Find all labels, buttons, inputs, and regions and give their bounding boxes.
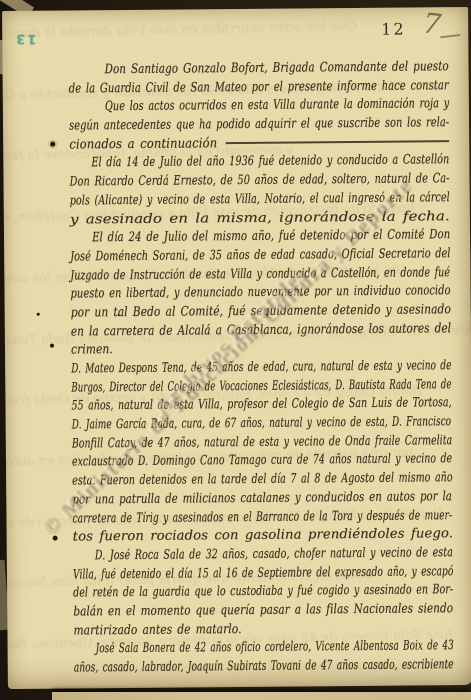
ink-speck [53, 536, 58, 541]
ink-speck [50, 344, 54, 348]
bleed-through-line: Que los actos ocurridos en esta Villa du… [2, 19, 357, 44]
manuscript-line: crimen. [71, 342, 113, 361]
ink-speck [50, 142, 55, 147]
ink-speck [118, 314, 120, 316]
manuscript-line: años, casado, labrador, Joaquín Subirats… [74, 657, 454, 679]
archive-stamp-number: 13 [14, 31, 36, 47]
manuscript-line: balán en el momento que quería pasar a l… [73, 601, 453, 623]
handwritten-rule [225, 140, 449, 144]
manuscript-page: Que los actos ocurridos en esta Villa du… [2, 7, 471, 689]
printed-page-number: 12 [381, 20, 406, 39]
ink-speck [37, 313, 40, 316]
next-page-edge [52, 692, 471, 700]
bleed-through-writing: Que los actos ocurridos en esta Villa du… [2, 7, 471, 11]
manuscript-line: martirizado antes de matarlo. [73, 622, 241, 642]
scanned-document-view: Que los actos ocurridos en esta Villa du… [0, 0, 471, 700]
pencil-folio-dash [440, 34, 460, 38]
manuscript-line: en la carretera de Alcalá a Casablanca, … [71, 321, 451, 343]
manuscript-text: Don Santiago Gonzalo Bofort, Brigada Com… [69, 59, 458, 679]
